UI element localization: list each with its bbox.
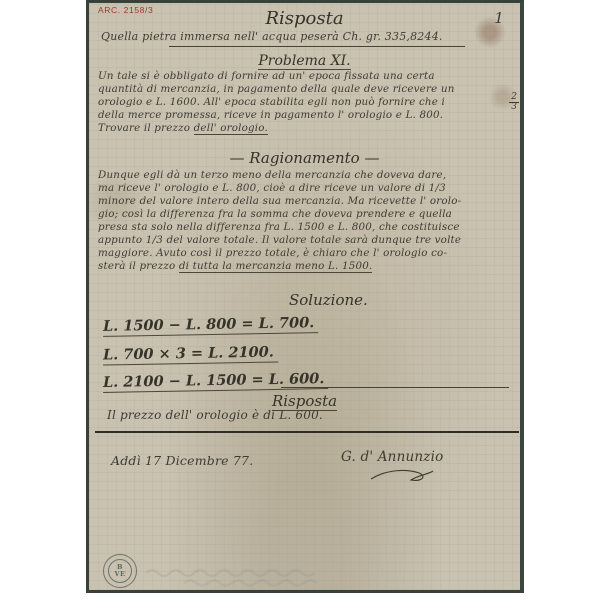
section-divider-rule bbox=[95, 431, 519, 433]
fraction-two-thirds: 2 3 bbox=[509, 93, 519, 112]
ragionamento-paragraph: Dunque egli dà un terzo meno della merca… bbox=[98, 169, 522, 273]
library-stamp-letters: B VE bbox=[108, 559, 132, 583]
ragionamento-line: presa sta solo nella differenza fra L. 1… bbox=[98, 221, 522, 234]
problema-line: orologio e L. 1600. All' epoca stabilita… bbox=[98, 96, 522, 109]
problema-underlined-phrase: dell' orologio. bbox=[194, 122, 268, 135]
signature: G. d' Annunzio bbox=[341, 449, 443, 465]
solution-trailing-rule bbox=[281, 387, 509, 388]
library-stamp: B VE bbox=[103, 554, 137, 588]
ragionamento-line: gio; così la differenza fra la somma che… bbox=[98, 208, 522, 221]
manuscript-page: ARC. 2158/3 1 Risposta Quella pietra imm… bbox=[86, 0, 524, 593]
signature-flourish bbox=[367, 465, 437, 485]
ragionamento-line: appunto 1/3 del valore totale. Il valore… bbox=[98, 234, 522, 247]
ragionamento-last-line: sterà il prezzo di tutta la mercanzia me… bbox=[98, 260, 522, 273]
problema-line: Un tale si è obbligato di fornire ad un'… bbox=[98, 70, 522, 83]
answer-underline-rule bbox=[169, 46, 465, 47]
risposta-previous-text: Quella pietra immersa nell' acqua peserà… bbox=[101, 30, 443, 43]
equation-2: L. 700 × 3 = L. 2100. bbox=[103, 343, 278, 364]
ragionamento-line: maggiore. Avuto così il prezzo totale, è… bbox=[98, 247, 522, 260]
fraction-denominator: 3 bbox=[509, 103, 519, 112]
ragionamento-line: Dunque egli dà un terzo meno della merca… bbox=[98, 169, 522, 182]
risposta-previous-title: Risposta bbox=[89, 8, 520, 29]
date-line: Addì 17 Dicembre 77. bbox=[111, 453, 253, 468]
problema-title: Problema XI. bbox=[89, 53, 520, 69]
problema-line: della merce promessa, riceve in pagament… bbox=[98, 109, 522, 122]
problema-line: quantità di mercanzia, in pagamento dell… bbox=[98, 83, 522, 96]
ragionamento-underlined-phrase: di tutta la mercanzia meno L. 1500. bbox=[179, 260, 373, 273]
ragionamento-line: ma riceve l' orologio e L. 800, cioè a d… bbox=[98, 182, 522, 195]
risposta-text: Il prezzo dell' orologio è di L. 600. bbox=[107, 409, 323, 422]
ragionamento-title: — Ragionamento — bbox=[89, 149, 520, 167]
ragionamento-line: minore del valore intero della sua merca… bbox=[98, 195, 522, 208]
soluzione-title: Soluzione. bbox=[289, 291, 368, 309]
bleedthrough-writing bbox=[144, 563, 504, 589]
problema-line-trovare: Trovare il prezzo dell' orologio. bbox=[98, 122, 522, 135]
problema-paragraph: Un tale si è obbligato di fornire ad un'… bbox=[98, 70, 522, 135]
equation-1: L. 1500 − L. 800 = L. 700. bbox=[103, 314, 318, 335]
